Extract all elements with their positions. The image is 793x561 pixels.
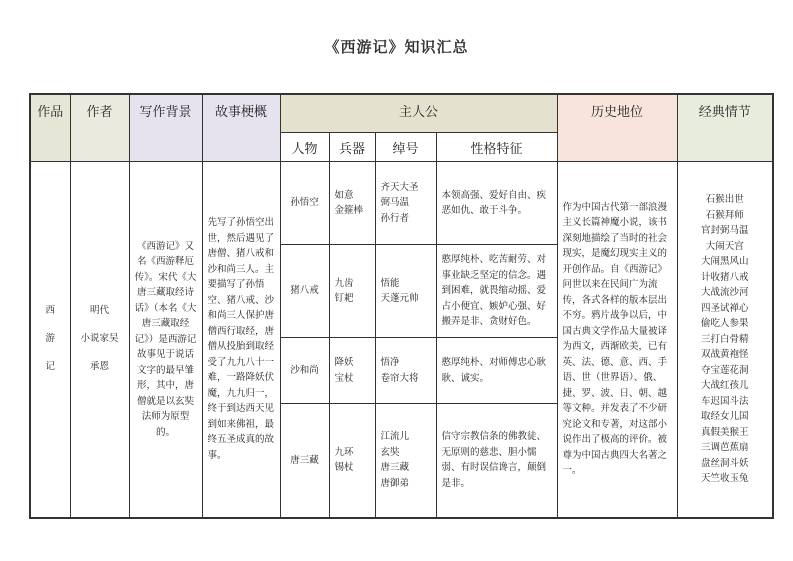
knowledge-table: 作品 作者 写作背景 故事梗概 主人公 历史地位 经典情节 人物 兵器 绰号 性…: [29, 93, 774, 519]
character-traits: 信守宗教信条的佛教徒、无原则的慈悲、胆小懦弱、有时误信谗言，颠倒是非。: [436, 404, 557, 518]
header-history: 历史地位: [557, 94, 677, 162]
author-cell: 明代 小说家吴 承恩: [70, 162, 129, 518]
history-cell: 作为中国古代第一部浪漫主义长篇神魔小说，该书深刻地描绘了当时的社会现实，是魔幻现…: [557, 162, 677, 518]
story-cell: 先写了孙悟空出世，然后遇见了唐僧、猪八戒和沙和尚三人。主要描写了孙悟空、猪八戒、…: [202, 162, 280, 518]
character-weapon: 降妖 宝杖: [329, 338, 375, 404]
header-weapon: 兵器: [329, 133, 375, 162]
work-cell: 西 游 记: [30, 162, 70, 518]
header-character: 人物: [280, 133, 329, 162]
character-name: 猪八戒: [280, 245, 329, 338]
background-cell: 《西游记》又名《西游释厄传》。宋代《大唐三藏取经诗话》（本名《大唐三藏取经记》）…: [129, 162, 202, 518]
header-protagonists: 主人公: [280, 94, 557, 133]
character-name: 孙悟空: [280, 162, 329, 245]
character-traits: 憨厚纯朴、吃苦耐劳、对事业缺乏坚定的信念。遇到困难，就畏缩动摇、爱占小便宜、嫉妒…: [436, 245, 557, 338]
character-weapon: 九环 锡杖: [329, 404, 375, 518]
scene-item: 大战流沙河: [678, 285, 773, 301]
scene-item: 三调芭蕉扇: [678, 440, 773, 456]
scene-item: 真假美猴王: [678, 425, 773, 441]
scene-item: 石猴拜师: [678, 208, 773, 224]
header-background: 写作背景: [129, 94, 202, 162]
page-title: 《西游记》知识汇总: [0, 36, 793, 57]
scene-item: 大闹黑风山: [678, 254, 773, 270]
scene-item: 车迟国斗法: [678, 394, 773, 410]
character-weapon: 九齿 钉耙: [329, 245, 375, 338]
scene-item: 天竺收玉兔: [678, 471, 773, 487]
header-work: 作品: [30, 94, 70, 162]
scene-item: 取经女儿国: [678, 409, 773, 425]
header-nickname: 绰号: [375, 133, 436, 162]
header-scenes: 经典情节: [677, 94, 773, 162]
scene-item: 双战黄袍怪: [678, 347, 773, 363]
scenes-cell: 石猴出世 石猴拜师 官封弼马温 大闹天宫 大闹黑风山 计收猪八戒 大战流沙河 四…: [677, 162, 773, 518]
scene-item: 三打白骨精: [678, 332, 773, 348]
scene-item: 大闹天宫: [678, 239, 773, 255]
character-traits: 憨厚纯朴、对师傅忠心耿耿、诚实。: [436, 338, 557, 404]
scene-item: 四圣试禅心: [678, 301, 773, 317]
character-nicknames: 悟能 天蓬元帅: [375, 245, 436, 338]
character-nicknames: 齐天大圣 弼马温 孙行者: [375, 162, 436, 245]
scene-item: 石猴出世: [678, 192, 773, 208]
header-author: 作者: [70, 94, 129, 162]
character-nicknames: 江流儿 玄奘 唐三藏 唐御弟: [375, 404, 436, 518]
character-traits: 本领高强、爱好自由、疾恶如仇、敢于斗争。: [436, 162, 557, 245]
scene-item: 盘丝洞斗妖: [678, 456, 773, 472]
scene-item: 官封弼马温: [678, 223, 773, 239]
character-name: 唐三藏: [280, 404, 329, 518]
character-nicknames: 悟净 卷帘大将: [375, 338, 436, 404]
character-weapon: 如意 金箍棒: [329, 162, 375, 245]
scene-item: 计收猪八戒: [678, 270, 773, 286]
scene-item: 偷吃人参果: [678, 316, 773, 332]
character-name: 沙和尚: [280, 338, 329, 404]
header-traits: 性格特征: [436, 133, 557, 162]
scene-item: 大战红孩儿: [678, 378, 773, 394]
header-story: 故事梗概: [202, 94, 280, 162]
scene-item: 夺宝莲花洞: [678, 363, 773, 379]
